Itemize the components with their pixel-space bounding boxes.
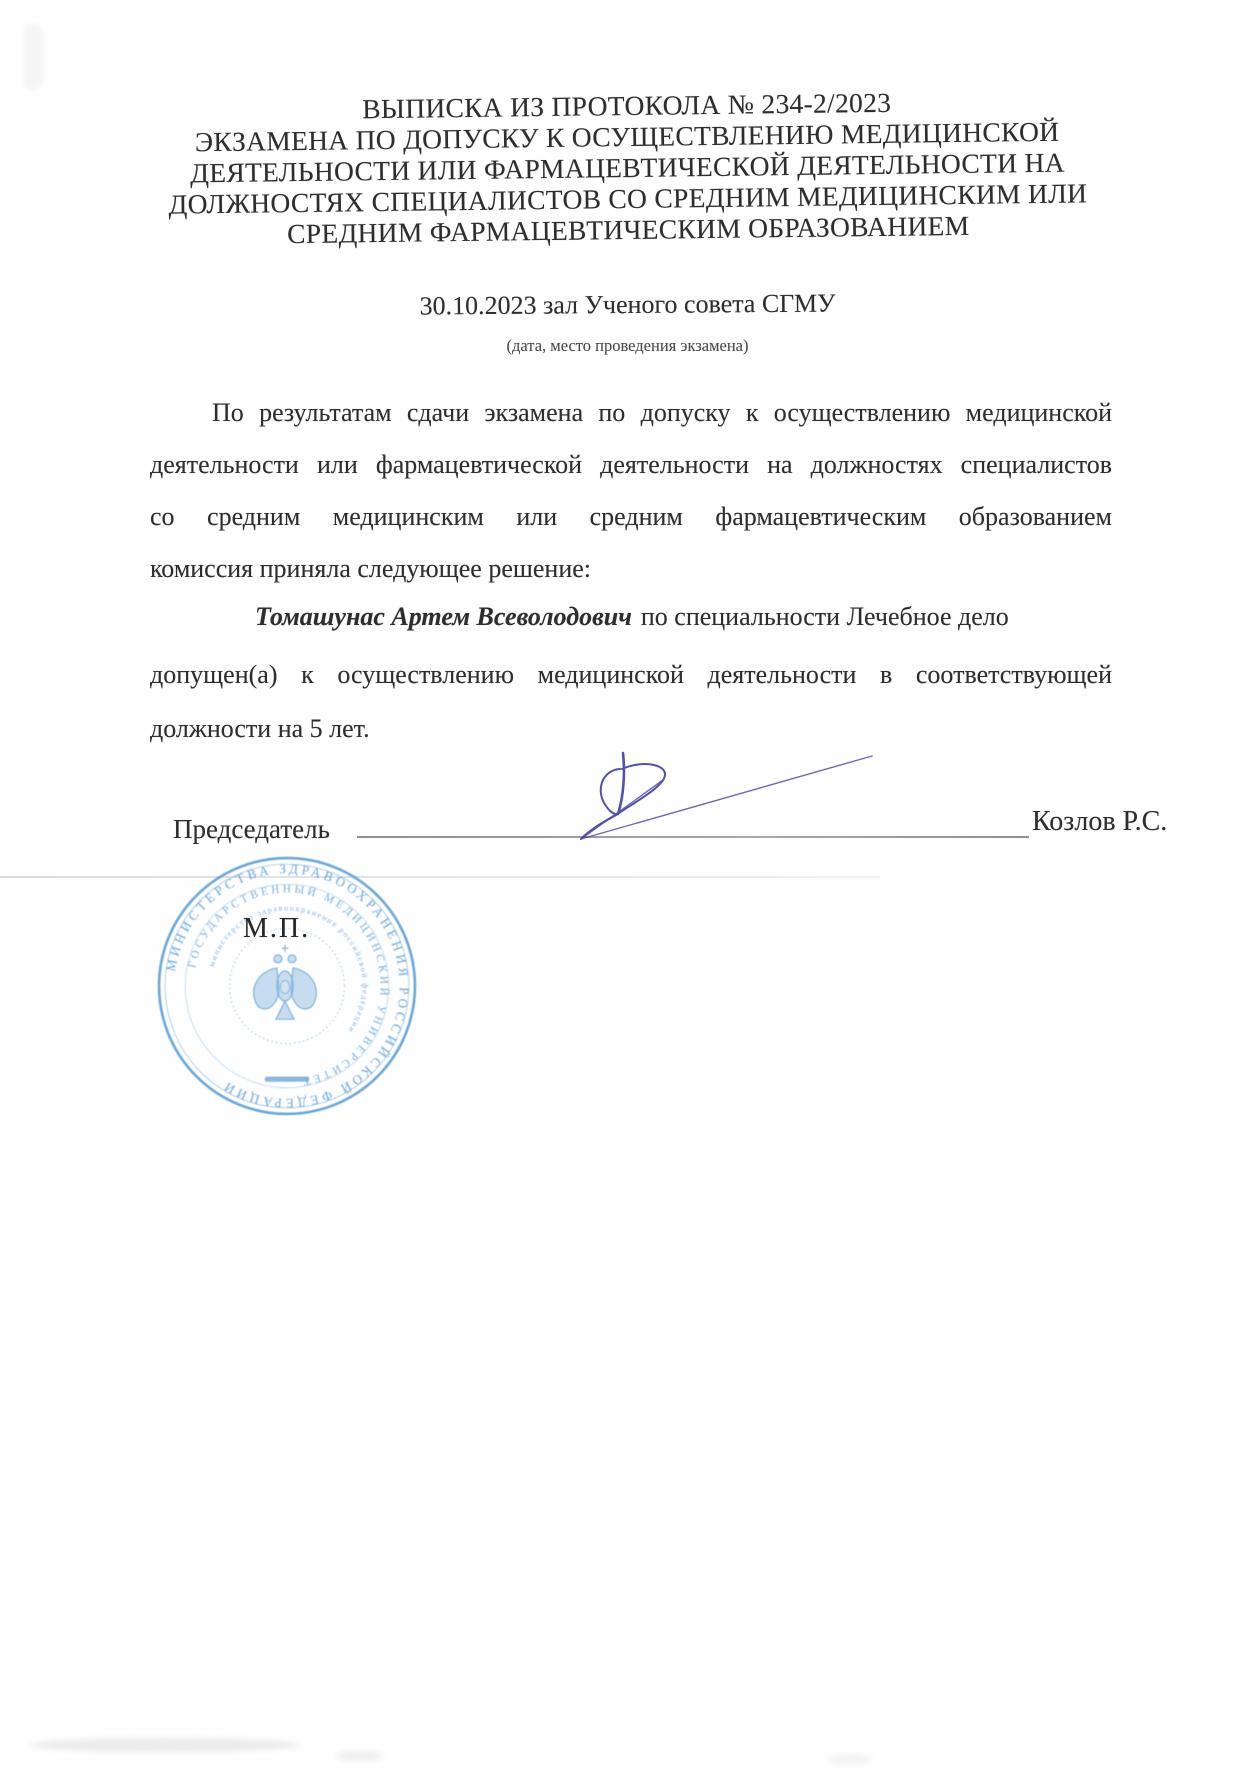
specialty-text: по специальности Лечебное дело <box>641 602 1009 631</box>
scan-smudge <box>828 1755 872 1764</box>
exam-date-place: 30.10.2023 зал Ученого совета СГМУ <box>140 287 1115 324</box>
decision-name-line: Томашунас Артем Всеволодовичпо специальн… <box>150 602 1112 632</box>
signature-underline <box>357 836 1029 838</box>
date-place-caption: (дата, место проведения экзамена) <box>140 336 1115 356</box>
scan-smudge <box>30 1738 300 1752</box>
body-line-3: со средним медицинским или средним фарма… <box>150 502 1112 536</box>
scanned-document-page: ВЫПИСКА ИЗ ПРОТОКОЛА № 234-2/2023 ЭКЗАМЕ… <box>0 0 1257 1775</box>
stamp-bottom-mark <box>265 1077 309 1082</box>
official-stamp: МИНИСТЕРСТВА ЗДРАВООХРАНЕНИЯ РОССИЙСКОЙ … <box>152 851 422 1121</box>
stamp-graphic: МИНИСТЕРСТВА ЗДРАВООХРАНЕНИЯ РОССИЙСКОЙ … <box>152 851 422 1121</box>
candidate-name: Томашунас Артем Всеволодович <box>255 602 632 631</box>
document-title: ВЫПИСКА ИЗ ПРОТОКОЛА № 234-2/2023 ЭКЗАМЕ… <box>139 84 1116 251</box>
decision-line-3: должности на 5 лет. <box>150 714 1112 744</box>
signature-role-label: Председатель <box>173 814 330 845</box>
body-line-4: комиссия приняла следующее решение: <box>150 554 1112 584</box>
decision-line-2: допущен(а) к осуществлению медицинской д… <box>150 660 1112 694</box>
body-line-2: деятельности или фармацевтической деятел… <box>150 450 1112 484</box>
eagle-emblem <box>254 945 317 1020</box>
stamp-mp-label: М.П. <box>243 913 310 945</box>
signer-name: Козлов Р.С. <box>1032 806 1167 838</box>
body-line-1: По результатам сдачи экзамена по допуску… <box>150 398 1112 432</box>
stamp-ink-group: МИНИСТЕРСТВА ЗДРАВООХРАНЕНИЯ РОССИЙСКОЙ … <box>159 858 415 1114</box>
scan-fold-line <box>0 876 880 878</box>
scan-smudge <box>335 1752 383 1760</box>
scan-smudge <box>24 24 42 90</box>
